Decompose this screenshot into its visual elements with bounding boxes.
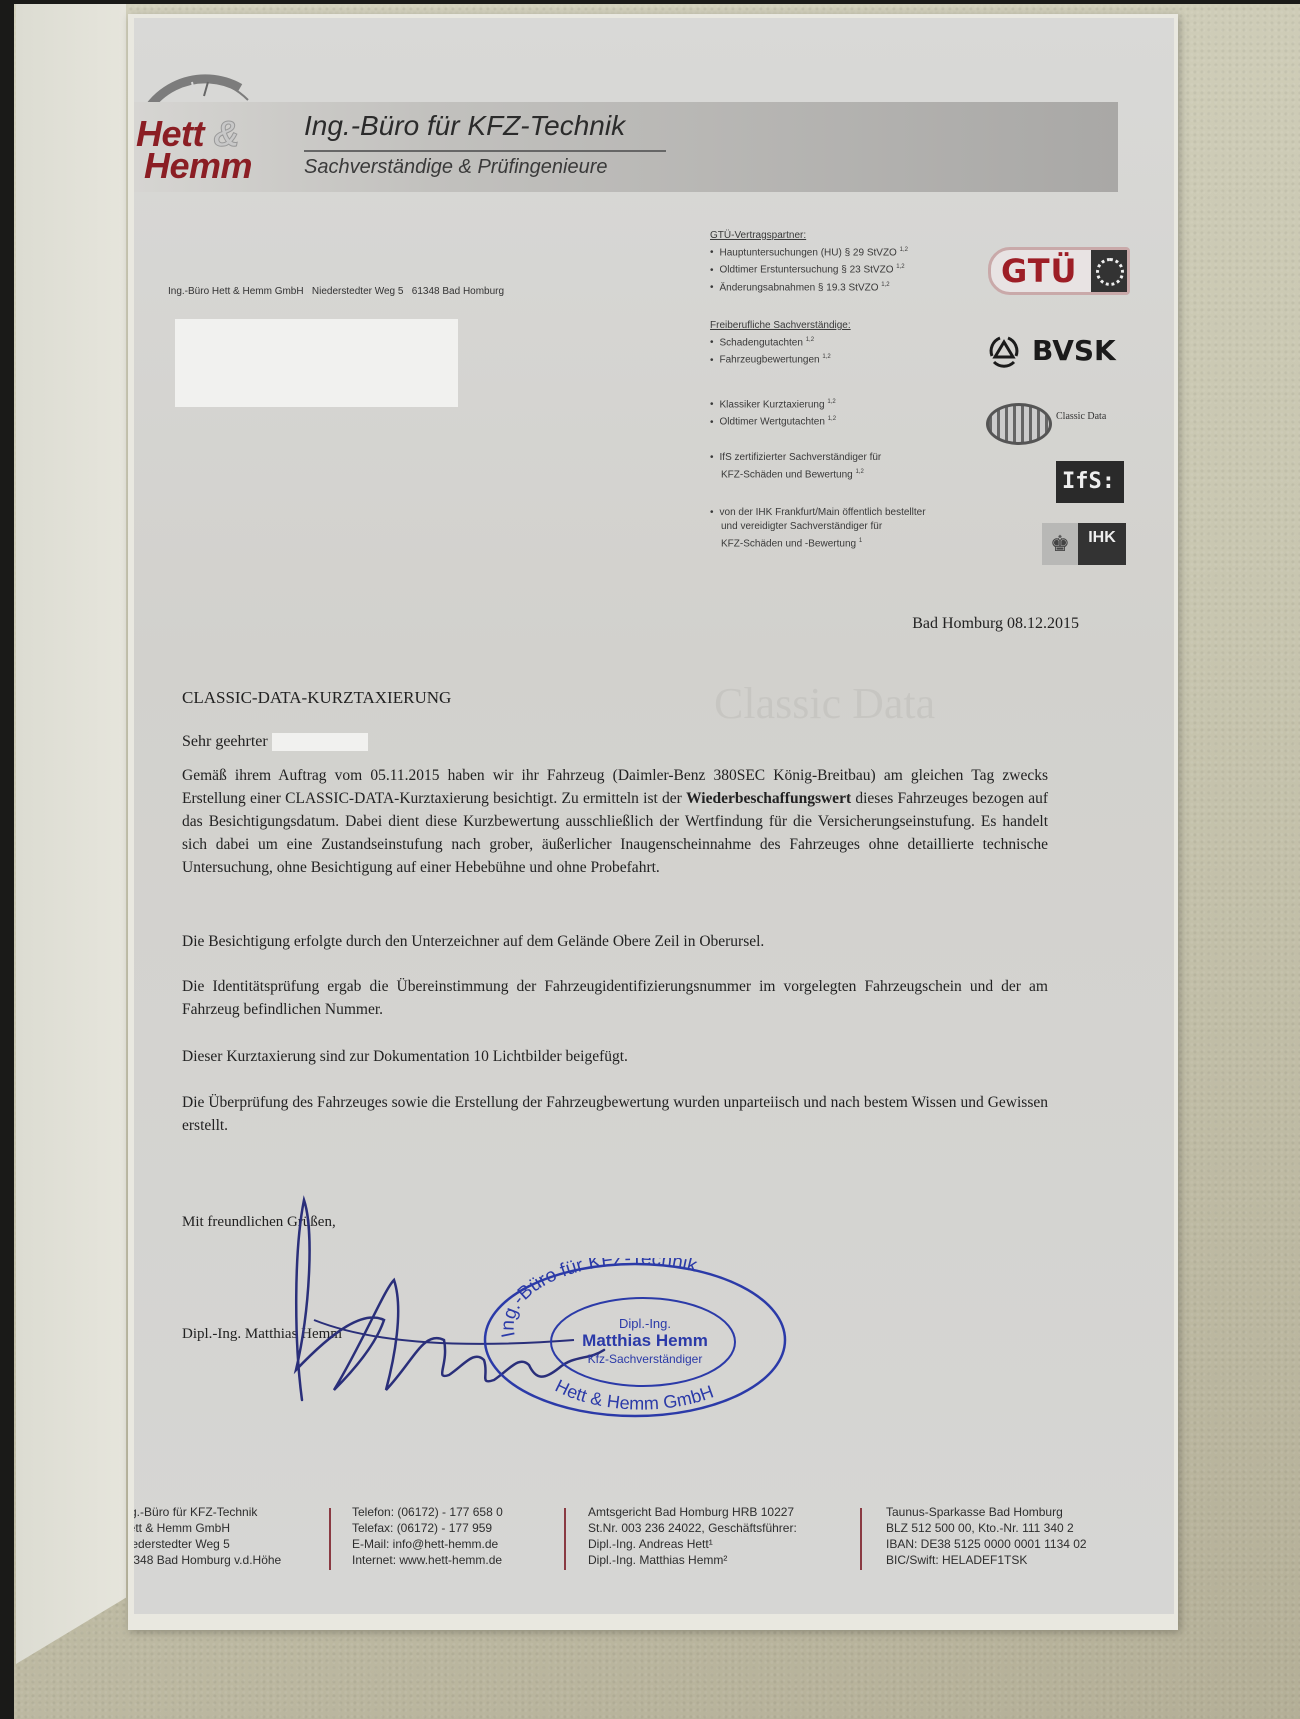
gtu-qualifications: GTÜ-Vertragspartner: Hauptuntersuchungen… (710, 229, 908, 295)
salutation: Sehr geehrter (182, 733, 368, 751)
freelance-heading: Freiberufliche Sachverständige: (710, 319, 851, 333)
paragraph-identity: Die Identitätsprüfung ergab die Übereins… (182, 975, 1048, 1021)
gtu-logo: GTÜ (988, 247, 1130, 295)
qual-item: Oldtimer Erstuntersuchung § 23 StVZO 1,2 (710, 260, 908, 277)
folder-cover (16, 4, 126, 1664)
svg-text:Dipl.-Ing.: Dipl.-Ing. (619, 1316, 671, 1331)
qual-item: Hauptuntersuchungen (HU) § 29 StVZO 1,2 (710, 243, 908, 260)
ifs-logo: IfS: (1056, 461, 1124, 503)
recipient-name-redacted (272, 733, 368, 751)
recipient-address-redacted (175, 319, 458, 407)
ihk-logo: ♚ IHK (1042, 523, 1126, 565)
bvsk-triangle-icon (986, 332, 1022, 368)
footer-registry: Amtsgericht Bad Homburg HRB 10227St.Nr. … (588, 1504, 797, 1568)
qual-item: Änderungsabnahmen § 19.3 StVZO 1,2 (710, 278, 908, 295)
footer-bank: Taunus-Sparkasse Bad HomburgBLZ 512 500 … (886, 1504, 1087, 1568)
sender-address-line: Ing.-Büro Hett & Hemm GmbH Niederstedter… (168, 286, 504, 297)
replacement-value-term: Wiederbeschaffungswert (686, 790, 851, 807)
email-link[interactable]: E-Mail: info@hett-hemm.de (352, 1536, 503, 1552)
classic-car-emblem-icon (986, 403, 1052, 445)
header-divider (304, 150, 666, 152)
ihk-qualification: von der IHK Frankfurt/Main öffentlich be… (710, 506, 926, 551)
svg-text:Matthias Hemm: Matthias Hemm (582, 1331, 708, 1350)
eagle-icon: ♚ (1042, 523, 1078, 565)
paragraph-impartiality: Die Überprüfung des Fahrzeuges sowie die… (182, 1091, 1048, 1137)
footer-contact: Telefon: (06172) - 177 658 0Telefax: (06… (352, 1504, 503, 1568)
gtu-heading: GTÜ-Vertragspartner: (710, 229, 908, 243)
footer-separator (564, 1508, 566, 1570)
footer-separator (329, 1508, 331, 1570)
company-subtitle: Sachverständige & Prüfingenieure (304, 156, 608, 179)
freelance-qualifications: Freiberufliche Sachverständige: Schadeng… (710, 319, 851, 368)
watermark: Classic Data (714, 678, 935, 729)
svg-text:Hett & Hemm GmbH: Hett & Hemm GmbH (552, 1376, 716, 1414)
letter-page: Classic Data Hett & Hemm Ing.-Büro für K… (134, 18, 1174, 1614)
paragraph-photos: Dieser Kurztaxierung sind zur Dokumentat… (182, 1045, 1048, 1068)
paragraph-inspection: Die Besichtigung erfolgte durch den Unte… (182, 930, 1048, 953)
letter-footer: Ing.-Büro für KFZ-TechnikHett & Hemm Gmb… (134, 1504, 1174, 1584)
footer-separator (860, 1508, 862, 1570)
svg-text:Kfz-Sachverständiger: Kfz-Sachverständiger (588, 1352, 703, 1366)
logo-hemm: Hemm (144, 148, 252, 184)
paragraph-assignment: Gemäß ihrem Auftrag vom 05.11.2015 haben… (182, 764, 1048, 879)
ifs-qualification: IfS zertifizierter Sachverständiger für … (710, 451, 881, 482)
wheel-icon (1091, 250, 1127, 292)
website-link[interactable]: Internet: www.hett-hemm.de (352, 1552, 503, 1568)
qual-item: Fahrzeugbewertungen 1,2 (710, 350, 851, 367)
qual-item: Klassiker Kurztaxierung 1,2 (710, 395, 836, 412)
letter-subject: CLASSIC-DATA-KURZTAXIERUNG (182, 688, 451, 708)
header-bar (134, 102, 1118, 192)
place-date: Bad Homburg 08.12.2015 (912, 615, 1079, 633)
qual-item: Schadengutachten 1,2 (710, 333, 851, 350)
company-stamp: Ing.-Büro für KFZ-Technik Hett & Hemm Gm… (479, 1258, 791, 1420)
company-title: Ing.-Büro für KFZ-Technik (304, 110, 625, 142)
classic-qualifications: Klassiker Kurztaxierung 1,2 Oldtimer Wer… (710, 395, 836, 430)
footer-company: Ing.-Büro für KFZ-TechnikHett & Hemm Gmb… (134, 1504, 281, 1568)
qual-item: Oldtimer Wertgutachten 1,2 (710, 412, 836, 429)
